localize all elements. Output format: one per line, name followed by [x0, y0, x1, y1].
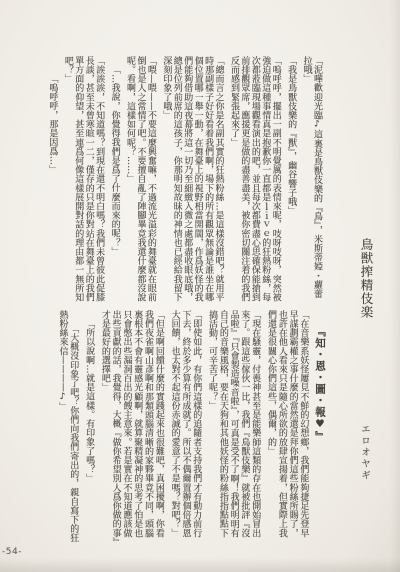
speech-line: 「喂—喂——不要這麼興奮嘛，不過流光溢彩的舞臺就在眼前倒也是人之常情了吧。不要擅…	[125, 56, 156, 302]
speech-line: 「我是鳥獸伎樂的『獸』，幽谷響子哦」	[286, 56, 296, 302]
page-number: -54-	[2, 547, 22, 557]
dialogue-block-bottom: 『知・恩・圖・報♥』 「在音樂系妖怪屢見不鮮的幻想鄉，我們能夠捷足先登早早謀劃霸…	[40, 310, 326, 546]
speech-line: 「嗚呼呼，擺出一副不明覺厲的表情來呢，吱呀吱呀，突然被強迫做這種事情真是抱歉你一…	[229, 56, 281, 302]
speech-line: 「在音樂系妖怪屢見不鮮的幻想鄉，我們能夠捷足先登早早謀劃霸權之事什麼的當然還是拜…	[265, 310, 308, 546]
speech-line: 「總而言之你是名副其實的狂熱粉絲…是這樣沒錯吧？就用平時那副樣子好好看着我們啊，…	[161, 56, 224, 302]
speech-line: 「即使如此，有你們這樣的追隨者支持我們才有動力前行下去，終於多少算有所成就了。所…	[169, 310, 201, 546]
scanned-document-page: 鳥獣搾精伎楽 エロオヤギ 「泥嘩歡迎光臨♪這裏是鳥獸伎樂的『鳥』，米斯蒂婭・蘿蕾…	[0, 0, 400, 572]
speech-line: 「但是啊回饋什麼的實踐起來也很難吧，真困擾啊，你看我們夜雀啊山彥啊和那類頭腦清晰…	[99, 310, 164, 546]
speech-line: 「…我說，你覺得我們是爲了什麼而來的呢？」	[109, 56, 119, 302]
speech-line: 「嗚呼呼，那是因爲…」	[47, 56, 57, 302]
book-title-vertical: 鳥獣搾精伎楽	[357, 238, 375, 319]
speech-line: 「現在騷靈，付喪神甚至是能樂師這類的存在也開始冒出來了。跟這些傢伙一比，我們『鳥…	[206, 310, 260, 546]
section-heading: 『知・恩・圖・報♥』	[313, 310, 326, 546]
speech-line: 「大概沒印象了吧？你們向我們寄出的，親自寫下的狂熱粉絲來信————♪」	[57, 310, 79, 546]
speech-line: 「泥嘩歡迎光臨♪這裏是鳥獸伎樂的『鳥』，米斯蒂婭・蘿蕾拉哦」	[301, 56, 322, 302]
speech-line: 「誒誒誒，不知道嗎？到現在還不明白嗎？我們未曾彼此促膝長談，甚至未曾寒暄一二，僅…	[62, 56, 104, 302]
dialogue-block-top: 「泥嘩歡迎光臨♪這裏是鳥獸伎樂的『鳥』，米斯蒂婭・蘿蕾拉哦」 「我是鳥獸伎樂的『…	[40, 56, 322, 302]
author-name: エロオヤギ	[357, 424, 371, 482]
speech-line: 「所以說啊…就是這樣。有印象了嗎？」	[83, 310, 94, 546]
